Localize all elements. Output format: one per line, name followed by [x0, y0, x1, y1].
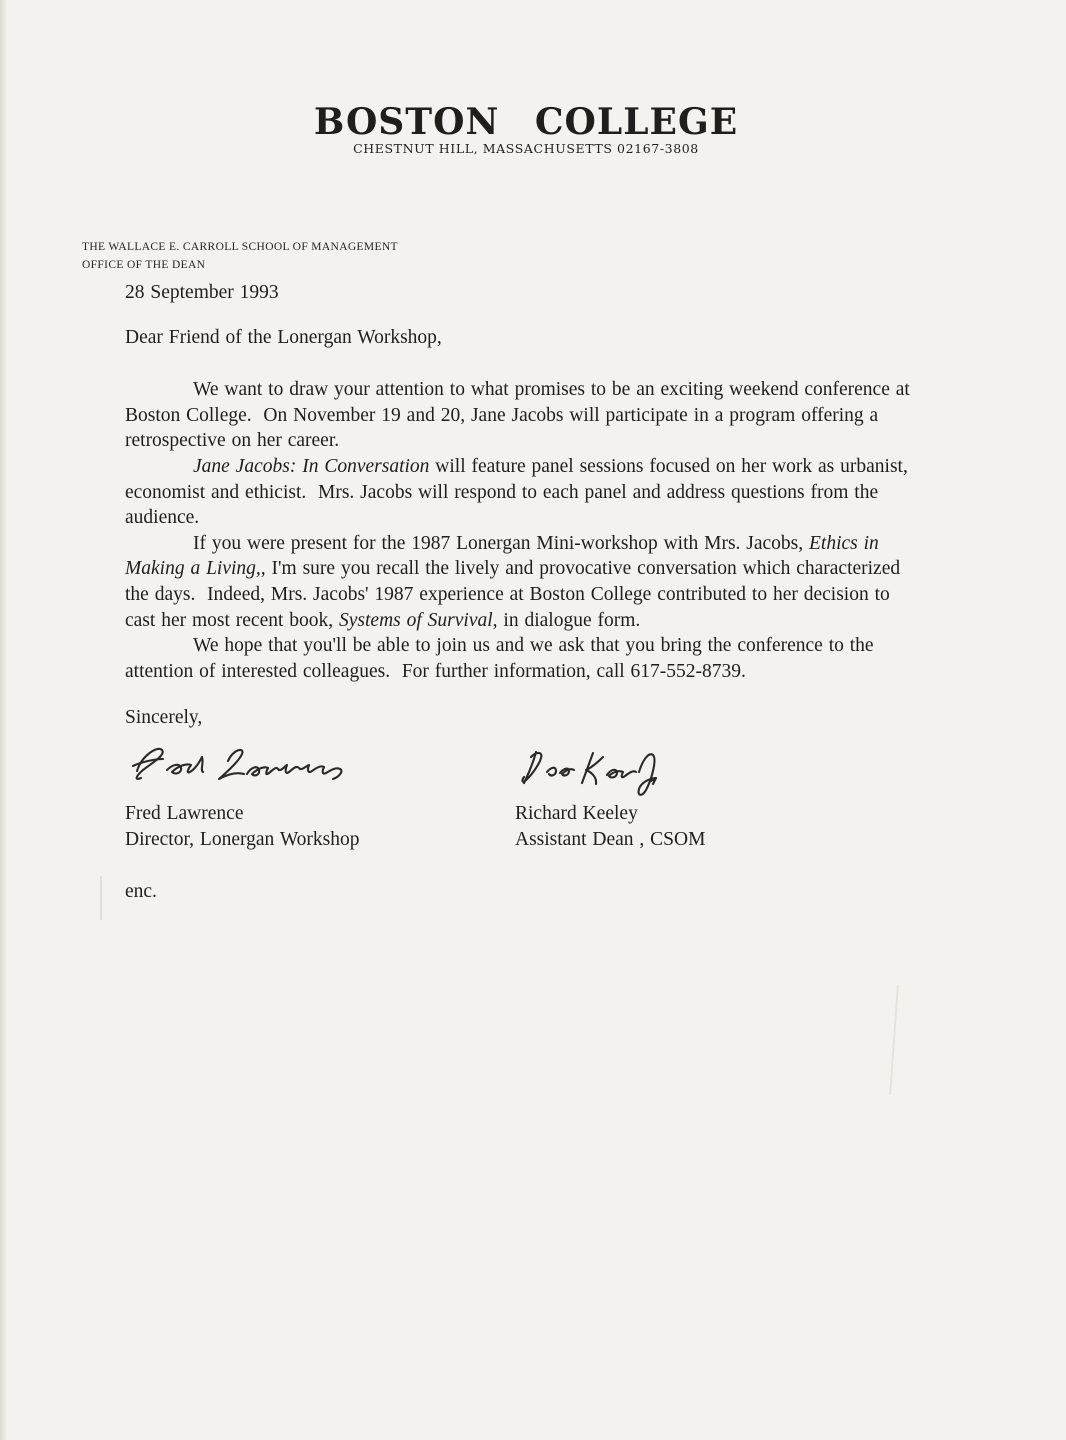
signature-right: Richard Keeley Assistant Dean , CSOM — [515, 739, 905, 853]
letter-paragraph: Jane Jacobs: In Conversation will featur… — [125, 454, 920, 531]
signature-left: Fred Lawrence Director, Lonergan Worksho… — [125, 739, 515, 853]
signer-title: Director, Lonergan Workshop — [125, 827, 515, 853]
institution-address: CHESTNUT HILL, MASSACHUSETTS 02167-3808 — [0, 141, 1052, 156]
department-line1: THE WALLACE E. CARROLL SCHOOL OF MANAGEM… — [82, 238, 398, 256]
scan-artifact — [0, 0, 7, 1440]
scan-artifact — [100, 876, 102, 920]
signer-name: Fred Lawrence — [125, 801, 515, 827]
richard-keeley-signature-icon — [515, 739, 905, 801]
institution-name: BOSTON COLLEGE — [0, 104, 1052, 140]
scanned-letter-page: BOSTON COLLEGE CHESTNUT HILL, MASSACHUSE… — [0, 0, 1066, 1440]
letterhead: BOSTON COLLEGE CHESTNUT HILL, MASSACHUSE… — [0, 104, 1052, 156]
salutation: Dear Friend of the Lonergan Workshop, — [125, 325, 920, 351]
department-line2: OFFICE OF THE DEAN — [82, 256, 398, 274]
fred-lawrence-signature-icon — [125, 739, 515, 801]
department-block: THE WALLACE E. CARROLL SCHOOL OF MANAGEM… — [82, 238, 398, 274]
letter-paragraph: We want to draw your attention to what p… — [125, 377, 920, 454]
letter-date: 28 September 1993 — [125, 280, 920, 306]
signature-block: Fred Lawrence Director, Lonergan Worksho… — [125, 739, 920, 853]
enclosure-note: enc. — [125, 879, 920, 905]
letter-paragraph: We hope that you'll be able to join us a… — [125, 633, 920, 684]
letter-body: 28 September 1993 Dear Friend of the Lon… — [125, 280, 920, 905]
signer-name: Richard Keeley — [515, 801, 905, 827]
letter-paragraphs: We want to draw your attention to what p… — [125, 377, 920, 684]
scan-artifact — [889, 985, 899, 1095]
closing: Sincerely, — [125, 705, 920, 731]
signer-title: Assistant Dean , CSOM — [515, 827, 905, 853]
letter-paragraph: If you were present for the 1987 Lonerga… — [125, 531, 920, 633]
